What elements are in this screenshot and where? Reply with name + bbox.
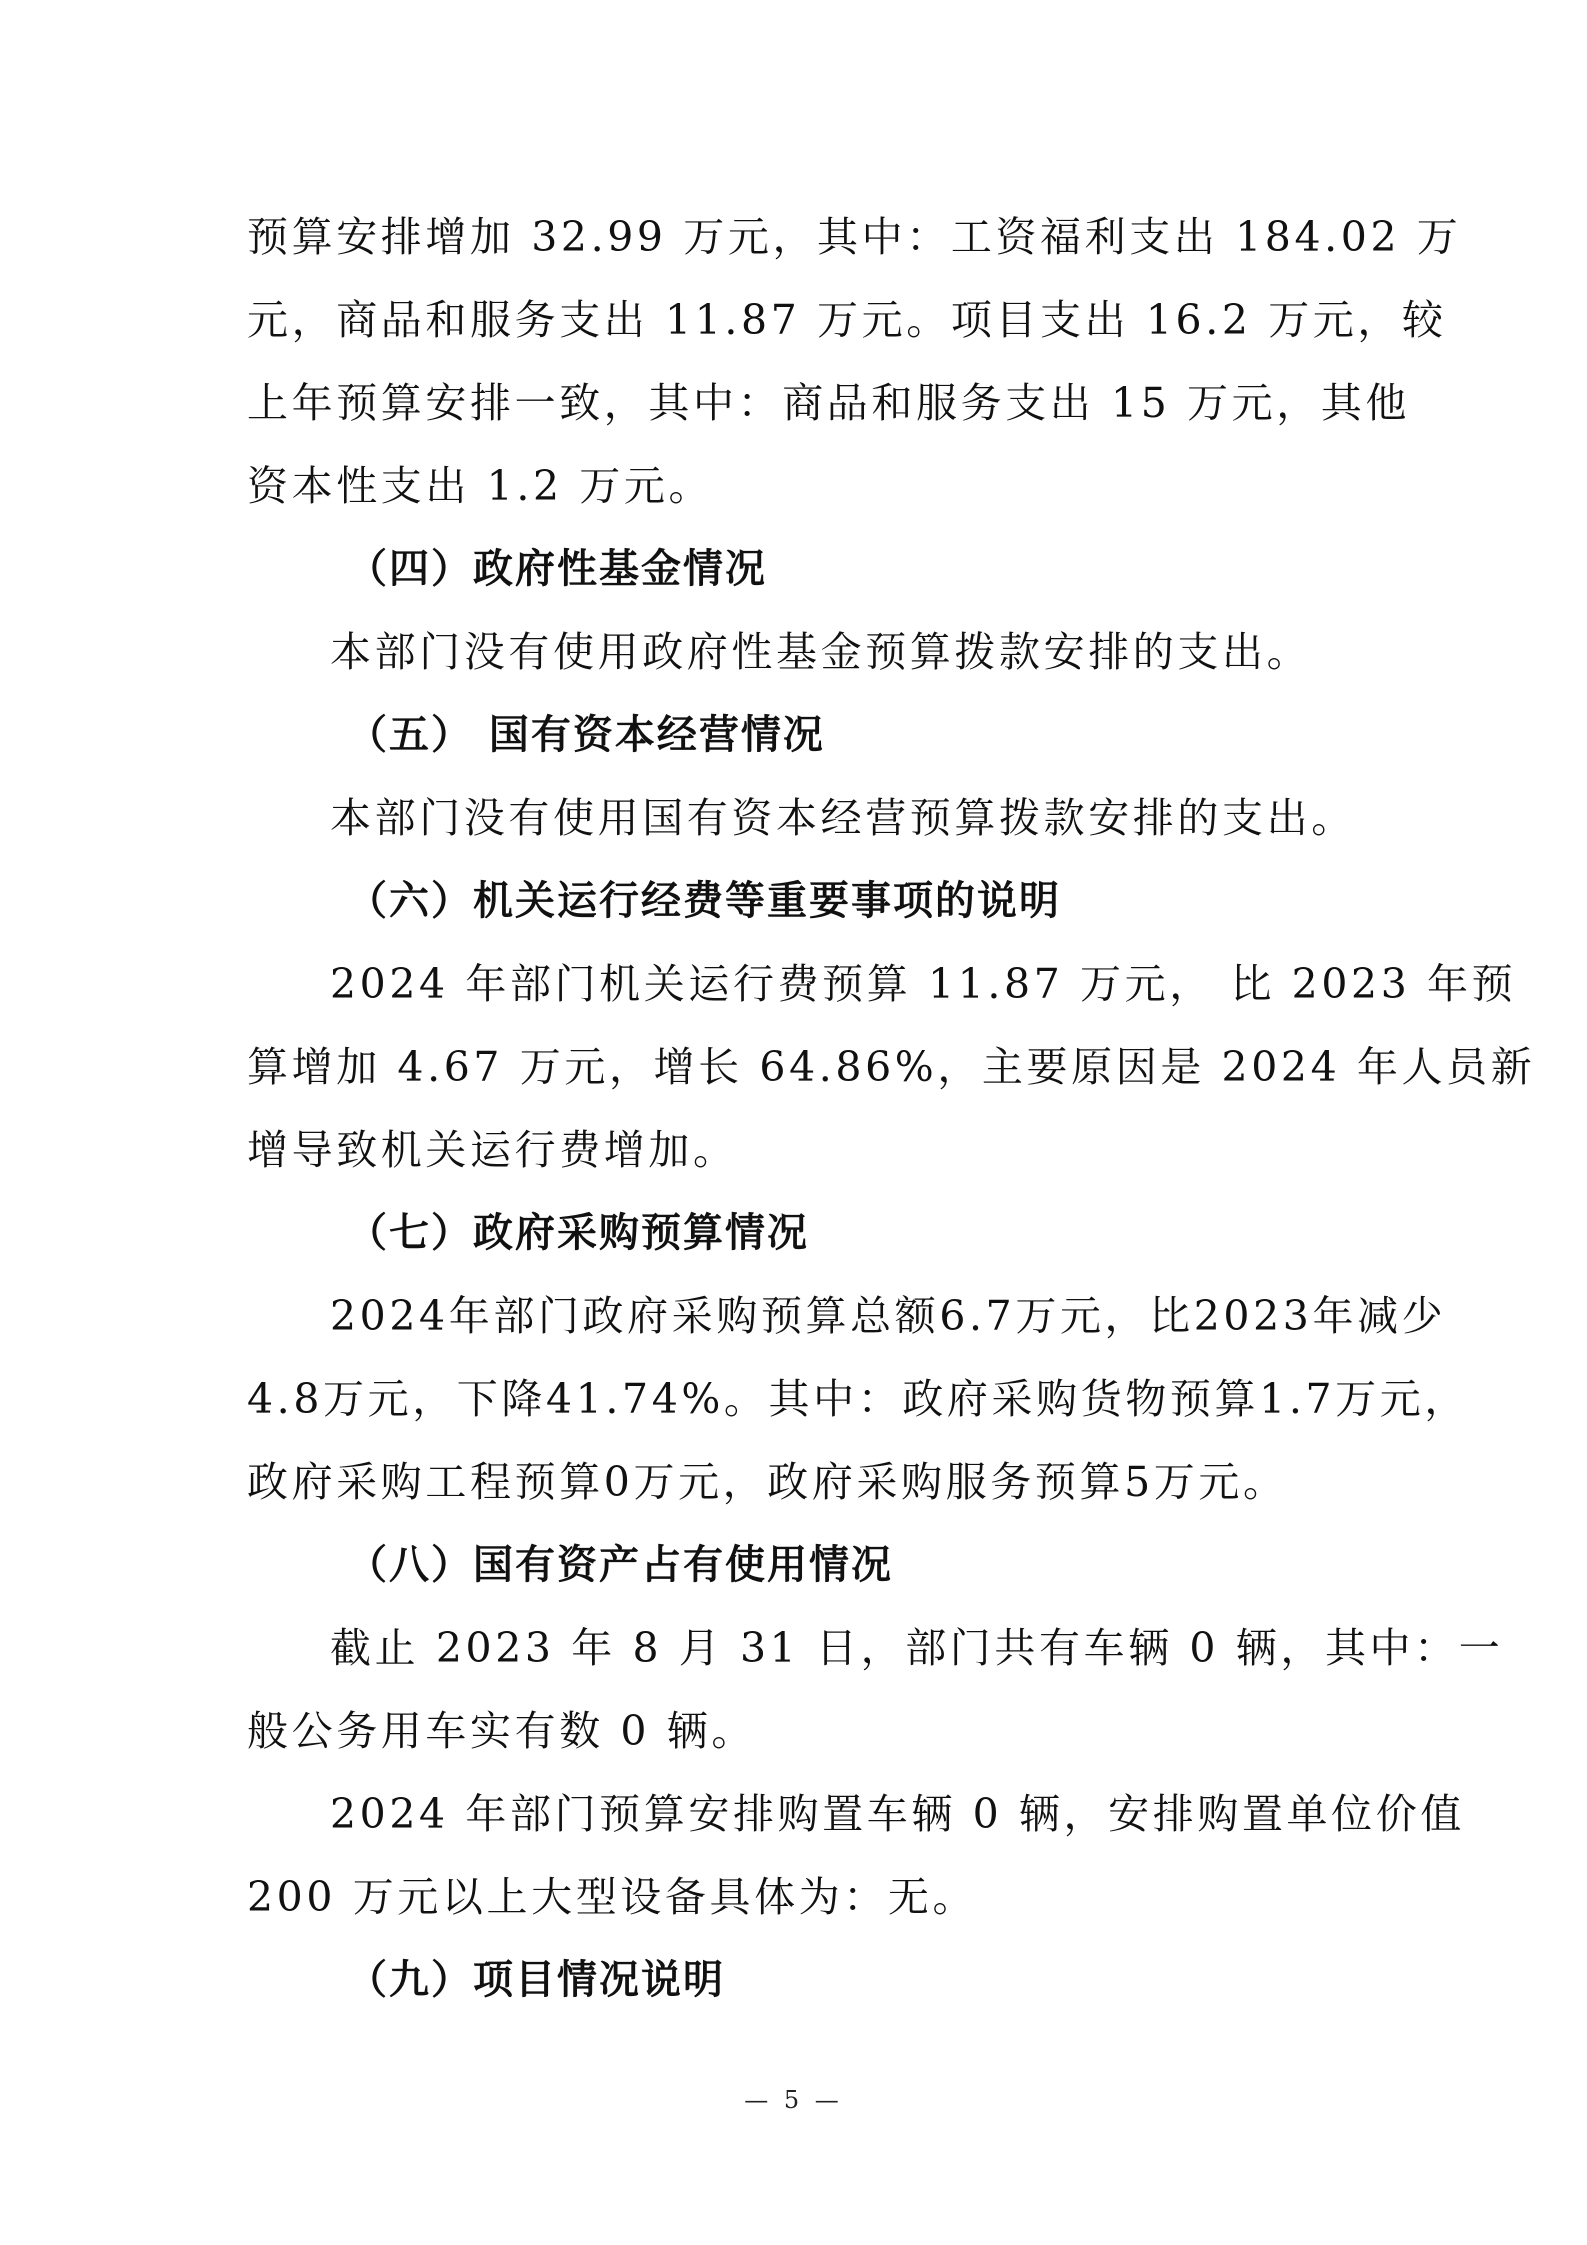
section-heading-procurement: （七）政府采购预算情况	[247, 1192, 1345, 1275]
document-body: 预算安排增加 32.99 万元，其中：工资福利支出 184.02 万 元，商品和…	[247, 196, 1345, 2022]
paragraph-line: 2024 年部门预算安排购置车辆 0 辆，安排购置单位价值	[247, 1773, 1345, 1856]
paragraph-line: 预算安排增加 32.99 万元，其中：工资福利支出 184.02 万	[247, 196, 1345, 279]
paragraph-line: 增导致机关运行费增加。	[247, 1109, 1345, 1192]
paragraph-line: 本部门没有使用政府性基金预算拨款安排的支出。	[247, 611, 1345, 694]
paragraph-line: 本部门没有使用国有资本经营预算拨款安排的支出。	[247, 777, 1345, 860]
paragraph-line: 上年预算安排一致，其中：商品和服务支出 15 万元，其他	[247, 362, 1345, 445]
paragraph-line: 元，商品和服务支出 11.87 万元。项目支出 16.2 万元，较	[247, 279, 1345, 362]
paragraph-line: 般公务用车实有数 0 辆。	[247, 1690, 1345, 1773]
document-page: 预算安排增加 32.99 万元，其中：工资福利支出 184.02 万 元，商品和…	[0, 0, 1587, 2245]
paragraph-line: 政府采购工程预算0万元，政府采购服务预算5万元。	[247, 1441, 1345, 1524]
section-heading-government-funds: （四）政府性基金情况	[247, 528, 1345, 611]
paragraph-line: 200 万元以上大型设备具体为：无。	[247, 1856, 1345, 1939]
paragraph-line: 算增加 4.67 万元，增长 64.86%，主要原因是 2024 年人员新	[247, 1026, 1345, 1109]
section-heading-state-capital: （五） 国有资本经营情况	[247, 694, 1345, 777]
section-heading-operating-expenses: （六）机关运行经费等重要事项的说明	[247, 860, 1345, 943]
section-heading-state-assets: （八）国有资产占有使用情况	[247, 1524, 1345, 1607]
paragraph-line: 截止 2023 年 8 月 31 日，部门共有车辆 0 辆，其中：一	[247, 1607, 1345, 1690]
paragraph-line: 2024年部门政府采购预算总额6.7万元，比2023年减少	[247, 1275, 1345, 1358]
paragraph-line: 资本性支出 1.2 万元。	[247, 445, 1345, 528]
section-heading-project-description: （九）项目情况说明	[247, 1939, 1345, 2022]
paragraph-line: 2024 年部门机关运行费预算 11.87 万元， 比 2023 年预	[247, 943, 1345, 1026]
page-number: — 5 —	[0, 2086, 1587, 2114]
paragraph-line: 4.8万元，下降41.74%。其中：政府采购货物预算1.7万元，	[247, 1358, 1345, 1441]
